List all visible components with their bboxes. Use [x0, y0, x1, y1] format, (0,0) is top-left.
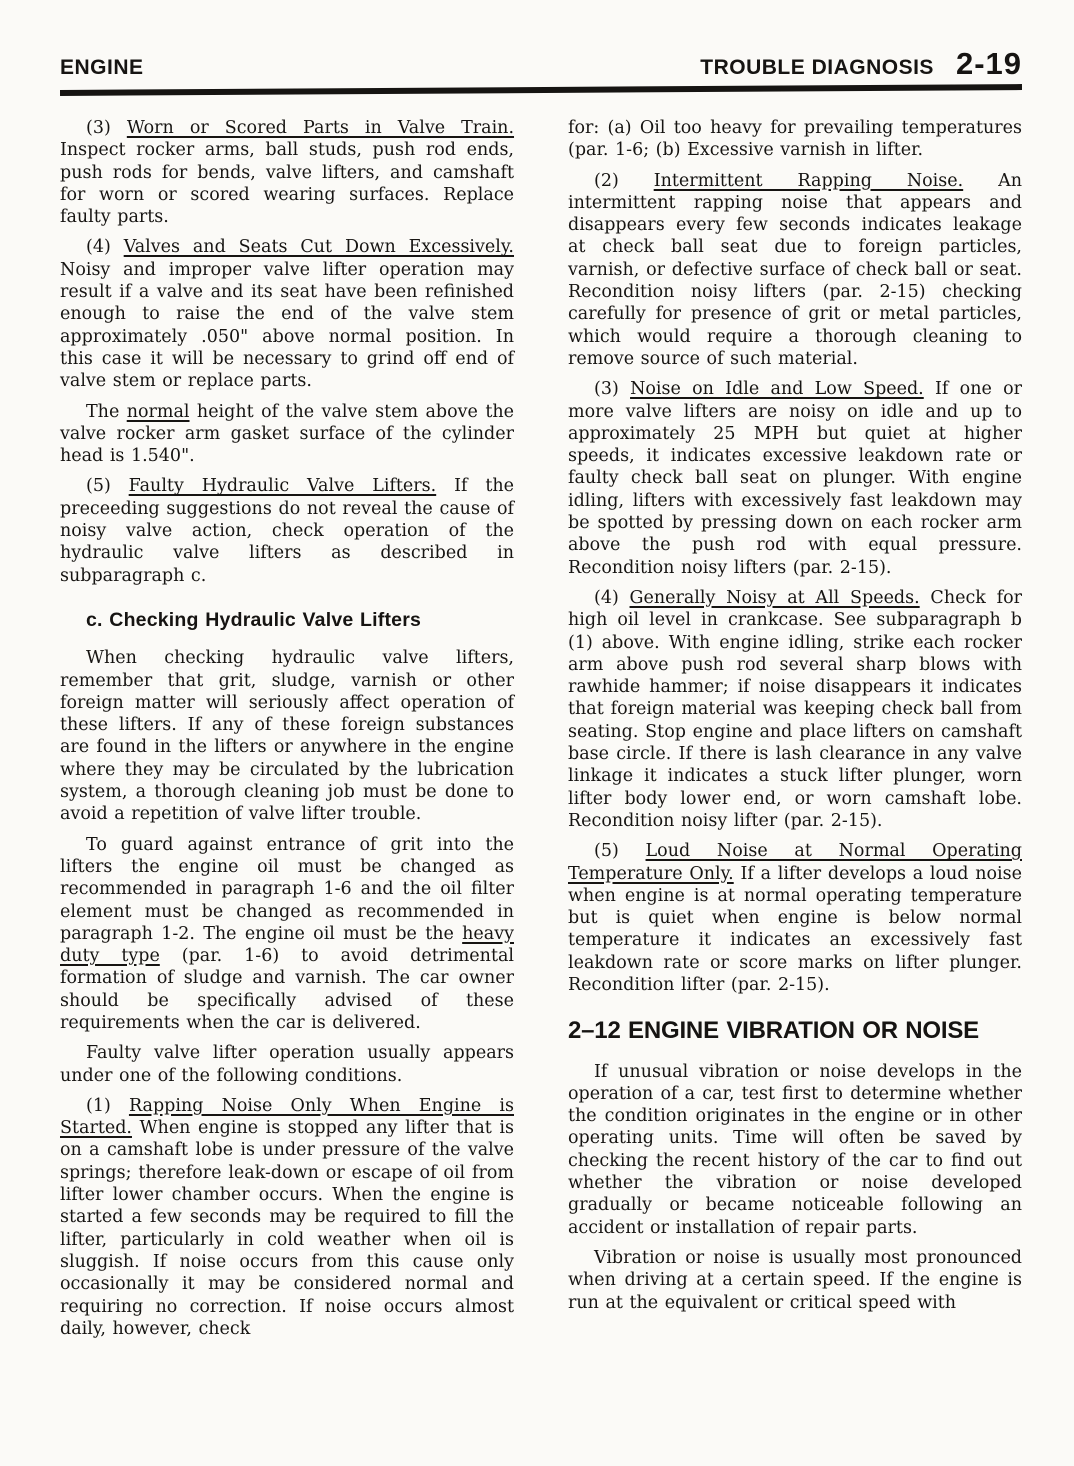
header-chapter-title: TROUBLE DIAGNOSIS [700, 56, 934, 80]
underlined-phrase: Faulty Hydraulic Valve Lifters. [129, 476, 437, 496]
text-run: When checking hydraulic valve lifters, r… [60, 648, 514, 824]
paragraph: for: (a) Oil too heavy for prevailing te… [568, 117, 1022, 162]
text-run: (5) [86, 476, 129, 496]
paragraph: (5) Loud Noise at Normal Operating Tempe… [568, 840, 1022, 996]
page-number: 2-19 [956, 46, 1022, 82]
text-run: Noisy and improper valve lifter operatio… [60, 260, 514, 391]
text-run: (4) [594, 588, 630, 608]
paragraph: (1) Rapping Noise Only When Engine is St… [60, 1095, 514, 1340]
section-heading: 2–12 ENGINE VIBRATION OR NOISE [568, 1020, 1022, 1042]
paragraph: (2) Intermittent Rapping Noise. An inter… [568, 170, 1022, 371]
paragraph: (3) Noise on Idle and Low Speed. If one … [568, 378, 1022, 579]
text-run: Check for high oil level in crankcase. S… [568, 588, 1022, 831]
left-column: (3) Worn or Scored Parts in Valve Train.… [60, 117, 514, 1348]
paragraph: (4) Valves and Seats Cut Down Excessivel… [60, 236, 514, 392]
text-run: Inspect rocker arms, ball studs, push ro… [60, 140, 514, 227]
paragraph: The normal height of the valve stem abov… [60, 401, 514, 468]
underlined-phrase: normal [127, 402, 190, 422]
paragraph: (5) Faulty Hydraulic Valve Lifters. If t… [60, 475, 514, 586]
paragraph: If unusual vibration or noise develops i… [568, 1061, 1022, 1239]
text-run: When engine is stopped any lifter that i… [60, 1118, 514, 1339]
text-run: If one or more valve lifters are noisy o… [568, 379, 1022, 577]
two-column-body: (3) Worn or Scored Parts in Valve Train.… [60, 117, 1022, 1348]
text-run: (4) [86, 237, 124, 257]
underlined-phrase: Valves and Seats Cut Down Excessively. [124, 237, 514, 257]
underlined-phrase: Intermittent Rapping Noise. [654, 171, 963, 191]
text-run: To guard against entrance of grit into t… [60, 835, 514, 944]
text-run: for: (a) Oil too heavy for prevailing te… [568, 118, 1022, 160]
underlined-phrase: Noise on Idle and Low Speed. [630, 379, 924, 399]
text-run: An intermittent rapping noise that appea… [568, 171, 1022, 369]
text-run: Faulty valve lifter operation usually ap… [60, 1043, 514, 1085]
underlined-phrase: Generally Noisy at All Speeds. [630, 588, 920, 608]
manual-page: ENGINE TROUBLE DIAGNOSIS 2-19 (3) Worn o… [0, 0, 1074, 1466]
right-column: for: (a) Oil too heavy for prevailing te… [568, 117, 1022, 1348]
subsection-heading: c. Checking Hydraulic Valve Lifters [86, 609, 514, 631]
text-run: If unusual vibration or noise develops i… [568, 1062, 1022, 1238]
text-run: (2) [594, 171, 654, 191]
underlined-phrase: Worn or Scored Parts in Valve Train. [127, 118, 514, 138]
header-section-title: ENGINE [60, 56, 144, 80]
page-header: ENGINE TROUBLE DIAGNOSIS 2-19 [60, 46, 1022, 82]
paragraph: Vibration or noise is usually most prono… [568, 1247, 1022, 1314]
text-run: (5) [594, 841, 646, 861]
paragraph: To guard against entrance of grit into t… [60, 834, 514, 1035]
header-rule [60, 84, 1022, 96]
text-run: (3) [594, 379, 630, 399]
paragraph: When checking hydraulic valve lifters, r… [60, 647, 514, 825]
text-run: (3) [86, 118, 127, 138]
text-run: Vibration or noise is usually most prono… [568, 1248, 1022, 1313]
paragraph: Faulty valve lifter operation usually ap… [60, 1042, 514, 1087]
header-right-group: TROUBLE DIAGNOSIS 2-19 [700, 46, 1022, 82]
paragraph: (4) Generally Noisy at All Speeds. Check… [568, 587, 1022, 832]
paragraph: (3) Worn or Scored Parts in Valve Train.… [60, 117, 514, 228]
text-run: The [86, 402, 127, 422]
text-run: (1) [86, 1096, 129, 1116]
